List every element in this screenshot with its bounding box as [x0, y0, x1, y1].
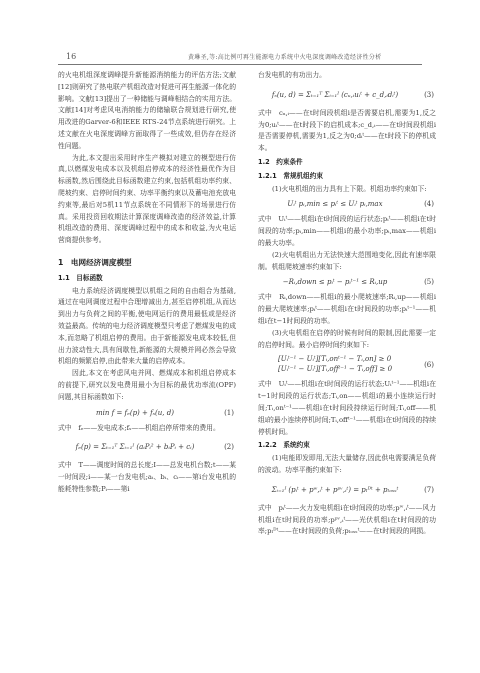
paragraph: (1)电能即发即用,无法大量储存,因此供电需要满足负荷的波动。功率平衡约束如下: [258, 453, 436, 477]
paragraph: (2)火电机组出力无法快速大范围地变化,因此有速率限制。机组爬坡速率约束如下: [258, 250, 436, 274]
equation-legend: 式中 fₑ——发电成本;fₛ——机组启停所带来的费用。 [58, 423, 236, 435]
equation-body: −Rᵢ,down ≤ pᵢᵗ − pᵢᵗ⁻¹ ≤ Rᵢ,up [258, 277, 412, 289]
subsubsection-heading: 1.2.2 系统约束 [258, 440, 436, 452]
equation-body: fₛ(u, d) = Σₜ₌₁ᵀ Σᵢ₌₁ᴵ (cᵤ,ᵢuᵢᵗ + c_d,ᵢd… [258, 90, 412, 102]
equation-number: (5) [424, 277, 434, 289]
paragraph: (1)火电机组的出力具有上下限。机组功率约束如下: [258, 184, 436, 196]
equation-legend: 式中 pᵢᵗ——火力发电机组i在t时间段的功率;pʷ,ᵢᵗ——风力机组i在t时间… [258, 503, 436, 538]
paragraph: 的火电机组深度调峰提升新能源消纳能力的评估方法;文献[12]则研究了热电联产机组… [58, 70, 236, 153]
equation-number: (3) [424, 90, 434, 102]
equation-legend: 式中 Uᵢᵗ——机组i在t时间段的运行状态;Uᵢᵗ⁻¹——机组i在t−1时间段的… [258, 379, 436, 438]
equation-body: [Uᵢᵗ⁻¹ − Uᵢᵗ][Tᵢ,onᵗ⁻¹ − Tᵢ,on] ≥ 0 [Uᵢᵗ… [278, 354, 412, 374]
equation-legend: 式中 Rᵢ,down——机组i的最小爬坡速率;Rᵢ,up——机组i的最大爬坡速率… [258, 292, 436, 327]
equation-number: (2) [224, 442, 234, 454]
equation-body: fₑ(p) = Σₜ₌₁ᵀ Σᵢ₌₁ᴵ (aᵢPᵢ² + bᵢPᵢ + cᵢ) [58, 442, 212, 454]
equation-1: min f = fₑ(p) + fₛ(u, d) (1) [58, 406, 236, 421]
paragraph: (3)火电机组在启停的时候有时间的限制,因此需要一定的启停时间。最小启停时间约束… [258, 328, 436, 352]
subsection-heading: 1.1 目标函数 [58, 273, 236, 285]
section-heading: 1 电网经济调度模型 [58, 257, 236, 269]
equation-line: [Uᵢᵗ⁻¹ − Uᵢᵗ][Tᵢ,onᵗ⁻¹ − Tᵢ,on] ≥ 0 [278, 355, 391, 363]
equation-body: min f = fₑ(p) + fₛ(u, d) [58, 408, 212, 420]
equation-legend: 式中 Uᵢᵗ——机组i在t时间段的运行状态;pᵢᵗ——机组i在t时间段的功率;p… [258, 214, 436, 249]
paragraph: 为此,本文提出采用时序生产模拟对建立的模型进行仿真,以燃煤发电成本以及机组启停成… [58, 153, 236, 247]
equation-legend: 式中 cᵤ,ᵢ——在t时间段机组i是否需要启机,需要为1,反之为0;uᵢᵗ——在… [258, 108, 436, 155]
equation-4: Uᵢᵗ pᵢ,min ≤ pᵢᵗ ≤ Uᵢᵗ pᵢ,max (4) [258, 197, 436, 212]
equation-5: −Rᵢ,down ≤ pᵢᵗ − pᵢᵗ⁻¹ ≤ Rᵢ,up (5) [258, 275, 436, 290]
equation-2: fₑ(p) = Σₜ₌₁ᵀ Σᵢ₌₁ᴵ (aᵢPᵢ² + bᵢPᵢ + cᵢ) … [58, 436, 236, 458]
equation-number: (6) [424, 360, 434, 372]
paragraph: 台发电机的有功出力。 [258, 70, 436, 82]
equation-number: (1) [224, 408, 234, 420]
equation-number: (7) [424, 485, 434, 497]
equation-6: [Uᵢᵗ⁻¹ − Uᵢᵗ][Tᵢ,onᵗ⁻¹ − Tᵢ,on] ≥ 0 [Uᵢᵗ… [258, 353, 436, 377]
right-column: 台发电机的有功出力。 fₛ(u, d) = Σₜ₌₁ᵀ Σᵢ₌₁ᴵ (cᵤ,ᵢu… [258, 70, 436, 538]
equation-body: Uᵢᵗ pᵢ,min ≤ pᵢᵗ ≤ Uᵢᵗ pᵢ,max [258, 199, 412, 211]
page-header: 16 黄琳圣,等:高比例可再生能源电力系统中火电深度调峰改造经济性分析 [58, 50, 422, 65]
subsection-heading: 1.2 约束条件 [258, 157, 436, 169]
left-column: 的火电机组深度调峰提升新能源消纳能力的评估方法;文献[12]则研究了热电联产机组… [58, 70, 236, 496]
paragraph: 电力系统经济调度模型以机组之间的自由组合为基础,通过在电网调度过程中合理增减出力… [58, 286, 236, 369]
equation-number: (4) [424, 199, 434, 211]
page-number: 16 [66, 52, 76, 61]
equation-3: fₛ(u, d) = Σₜ₌₁ᵀ Σᵢ₌₁ᴵ (cᵤ,ᵢuᵢᵗ + c_d,ᵢd… [258, 84, 436, 106]
equation-line: [Uᵢᵗ⁻¹ − Uᵢᵗ][Tᵢ,offᵗ⁻¹ − Tᵢ,off] ≥ 0 [278, 365, 392, 373]
equation-7: Σᵢ₌₁ᴵ (pᵢᵗ + pʷ,ᵢᵗ + pᵖᵛ,ᵢᵗ) = pₗᴰᵗ + pₗ… [258, 479, 436, 501]
subsubsection-heading: 1.2.1 常规机组约束 [258, 171, 436, 183]
running-title: 黄琳圣,等:高比例可再生能源电力系统中火电深度调峰改造经济性分析 [188, 52, 382, 61]
paragraph: 因此,本文在考虑风电并网、燃煤成本和机组启停成本的前提下,研究以发电费用最小为目… [58, 368, 236, 403]
equation-legend: 式中 T——调度时间的总长度;I——总发电机台数;t——某一时间段;i——某一台… [58, 460, 236, 495]
equation-body: Σᵢ₌₁ᴵ (pᵢᵗ + pʷ,ᵢᵗ + pᵖᵛ,ᵢᵗ) = pₗᴰᵗ + pₗ… [258, 485, 412, 497]
